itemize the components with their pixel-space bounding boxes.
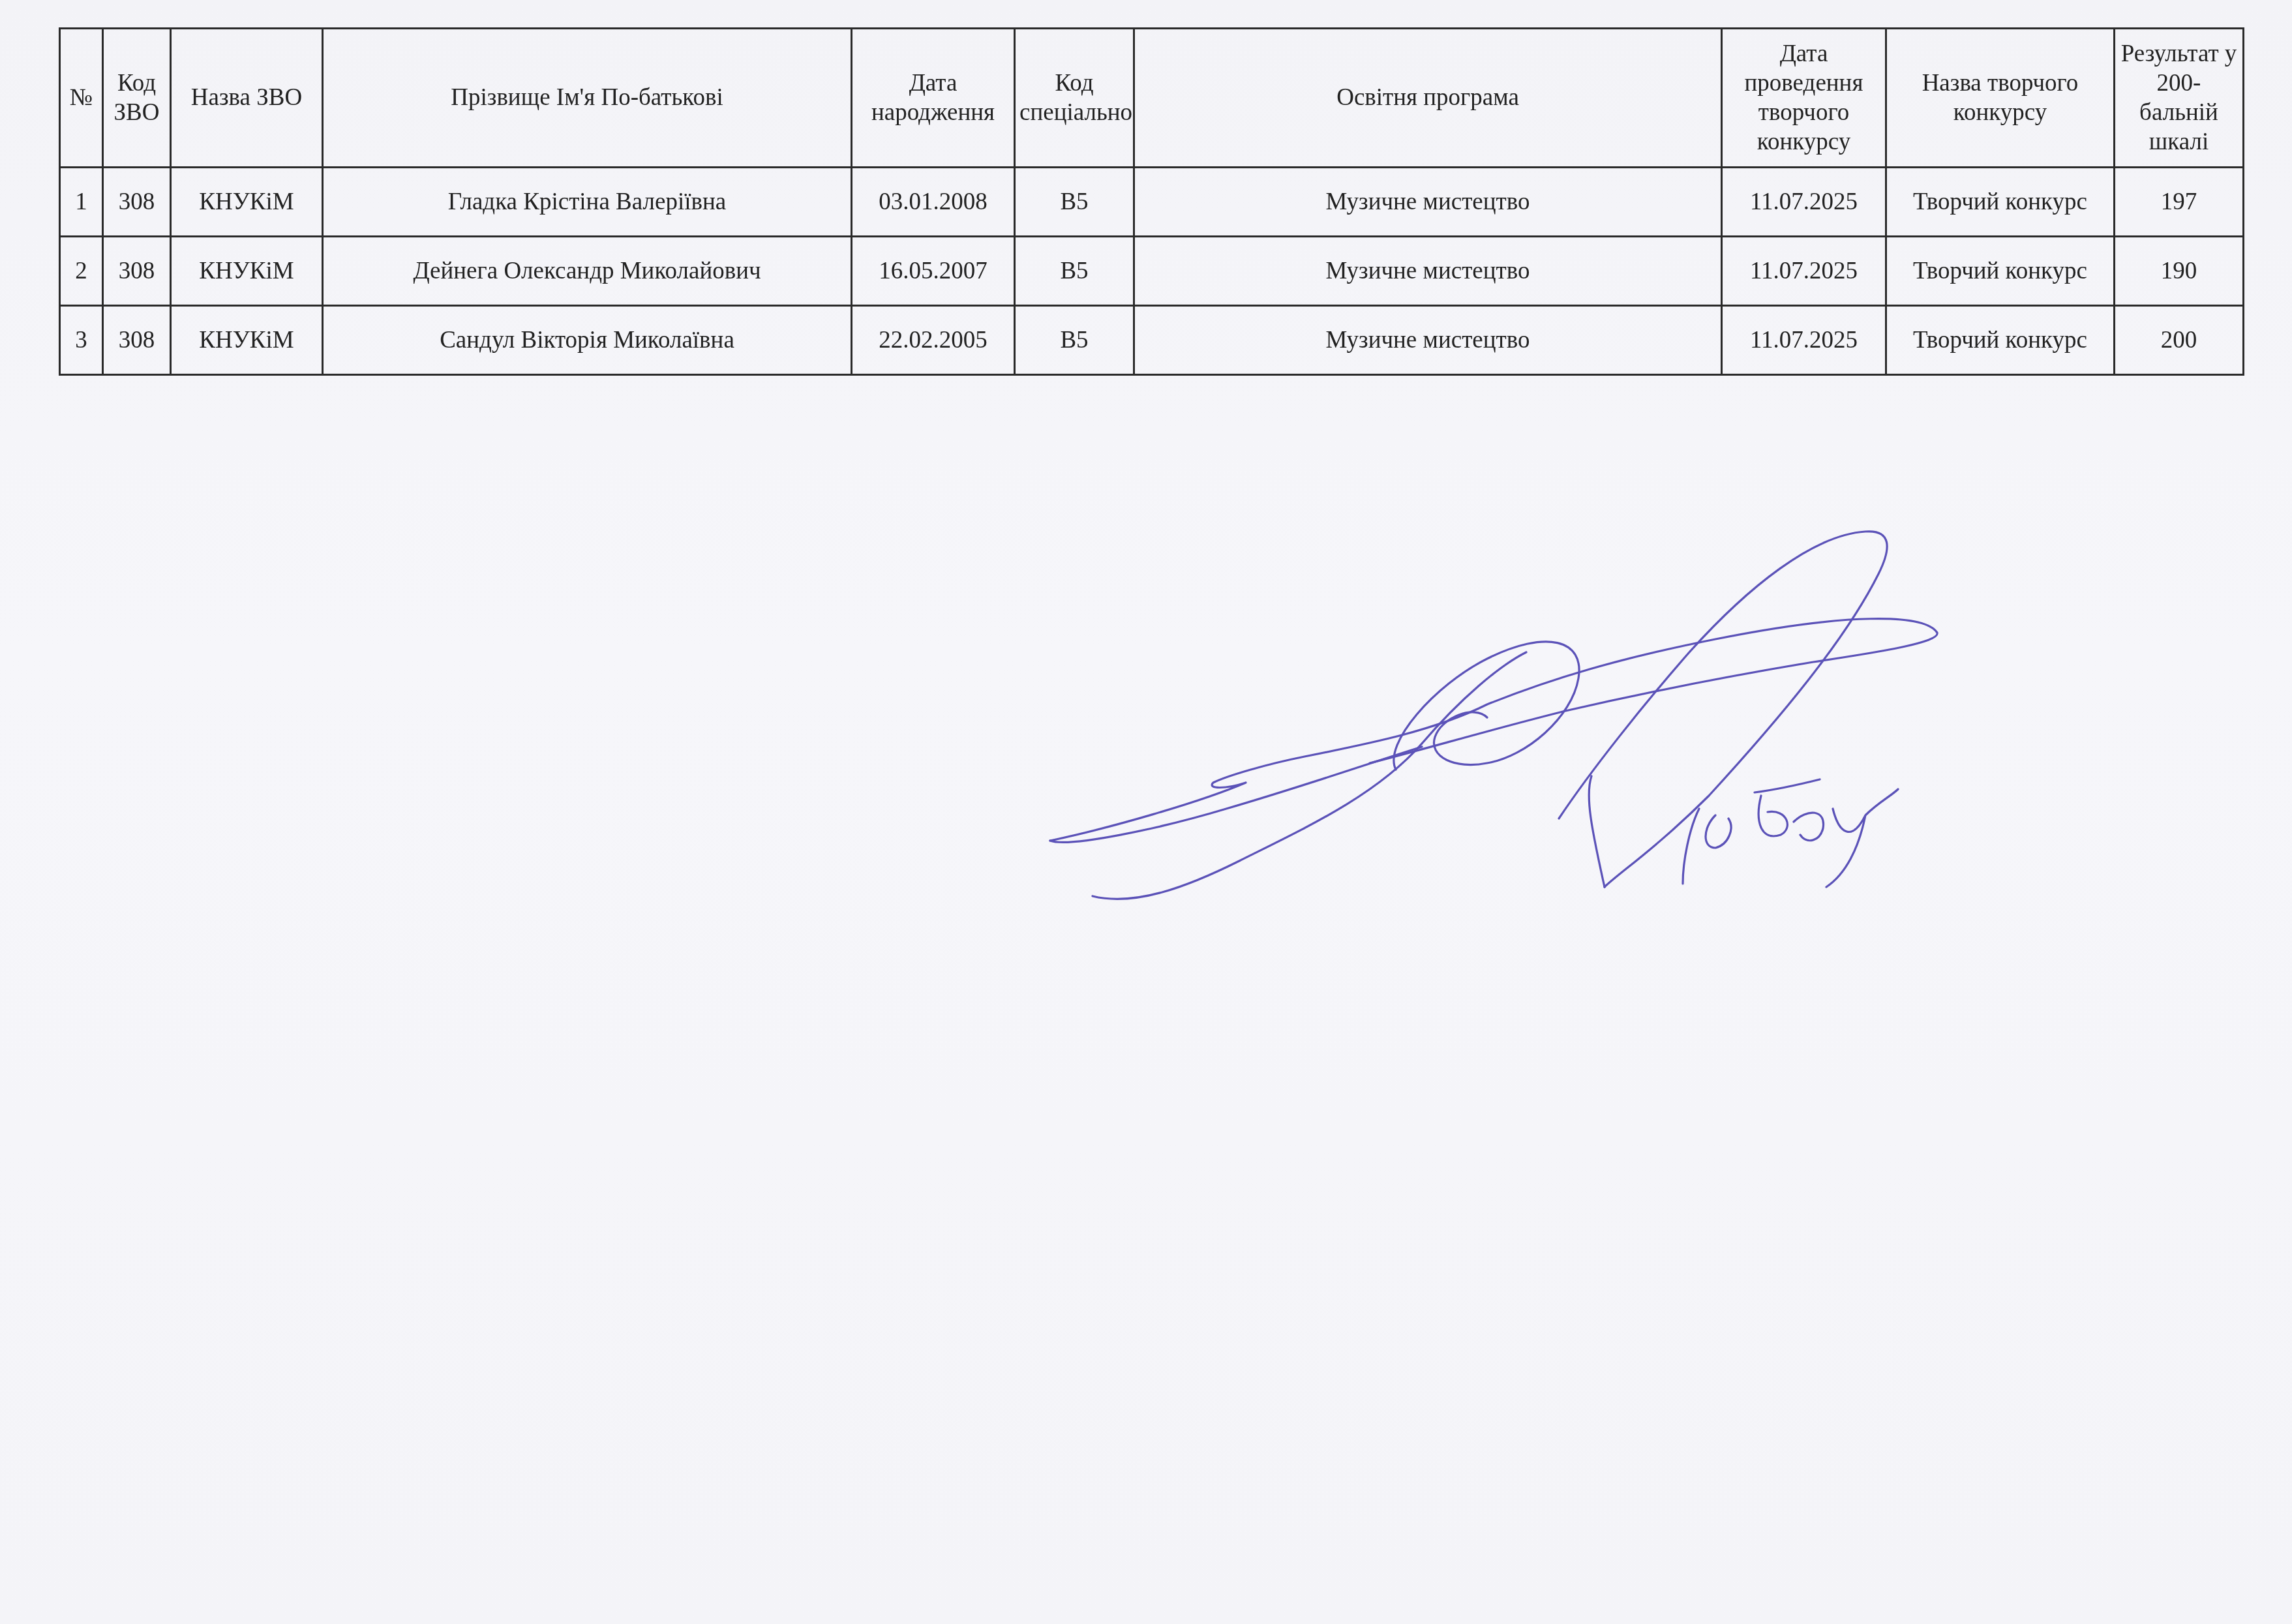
cell-contest-name: Творчий конкурс xyxy=(1886,306,2115,375)
cell-institution-name: КНУКіМ xyxy=(171,168,323,237)
cell-full-name: Гладка Крістіна Валеріївна xyxy=(323,168,852,237)
header-education-program: Освітня програма xyxy=(1134,29,1722,168)
cell-contest-name: Творчий конкурс xyxy=(1886,168,2115,237)
cell-birth-date: 16.05.2007 xyxy=(852,237,1015,306)
header-institution-code: Код ЗВО xyxy=(103,29,171,168)
cell-institution-code: 308 xyxy=(103,237,171,306)
cell-education-program: Музичне мистецтво xyxy=(1134,168,1722,237)
table-row: 2 308 КНУКіМ Дейнега Олександр Миколайов… xyxy=(60,237,2244,306)
cell-education-program: Музичне мистецтво xyxy=(1134,237,1722,306)
cell-score: 200 xyxy=(2115,306,2244,375)
cell-institution-name: КНУКіМ xyxy=(171,306,323,375)
cell-full-name: Дейнега Олександр Миколайович xyxy=(323,237,852,306)
cell-contest-name: Творчий конкурс xyxy=(1886,237,2115,306)
cell-institution-code: 308 xyxy=(103,306,171,375)
header-institution-name: Назва ЗВО xyxy=(171,29,323,168)
header-contest-date: Дата проведення творчого конкурсу xyxy=(1722,29,1886,168)
cell-education-program: Музичне мистецтво xyxy=(1134,306,1722,375)
header-contest-name: Назва творчого конкурсу xyxy=(1886,29,2115,168)
cell-institution-code: 308 xyxy=(103,168,171,237)
cell-score: 190 xyxy=(2115,237,2244,306)
cell-specialty-code: В5 xyxy=(1015,306,1134,375)
cell-specialty-code: В5 xyxy=(1015,168,1134,237)
document-page: № Код ЗВО Назва ЗВО Прізвище Ім'я По-бат… xyxy=(0,0,2292,1624)
header-specialty-code: Код спеціальності xyxy=(1015,29,1134,168)
cell-number: 3 xyxy=(60,306,103,375)
header-birth-date: Дата народження xyxy=(852,29,1015,168)
header-score: Результат у 200-бальній шкалі xyxy=(2115,29,2244,168)
table-header-row: № Код ЗВО Назва ЗВО Прізвище Ім'я По-бат… xyxy=(60,29,2244,168)
results-table: № Код ЗВО Назва ЗВО Прізвище Ім'я По-бат… xyxy=(59,27,2244,376)
cell-score: 197 xyxy=(2115,168,2244,237)
cell-birth-date: 22.02.2005 xyxy=(852,306,1015,375)
cell-number: 1 xyxy=(60,168,103,237)
table-row: 3 308 КНУКіМ Сандул Вікторія Миколаївна … xyxy=(60,306,2244,375)
cell-number: 2 xyxy=(60,237,103,306)
cell-contest-date: 11.07.2025 xyxy=(1722,237,1886,306)
header-number: № xyxy=(60,29,103,168)
cell-birth-date: 03.01.2008 xyxy=(852,168,1015,237)
cell-institution-name: КНУКіМ xyxy=(171,237,323,306)
header-full-name: Прізвище Ім'я По-батькові xyxy=(323,29,852,168)
table-row: 1 308 КНУКіМ Гладка Крістіна Валеріївна … xyxy=(60,168,2244,237)
cell-specialty-code: В5 xyxy=(1015,237,1134,306)
cell-contest-date: 11.07.2025 xyxy=(1722,306,1886,375)
cell-full-name: Сандул Вікторія Миколаївна xyxy=(323,306,852,375)
signature-icon xyxy=(1031,522,2042,900)
cell-contest-date: 11.07.2025 xyxy=(1722,168,1886,237)
